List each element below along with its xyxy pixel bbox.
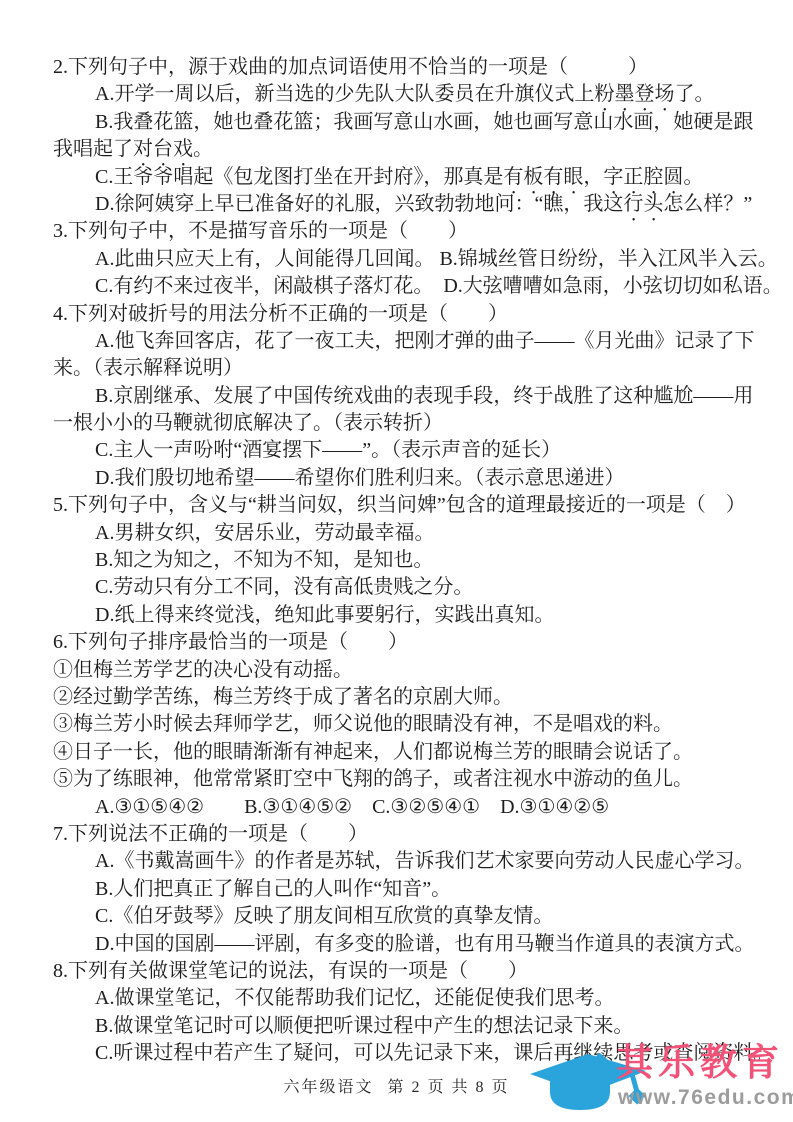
text-line: ④日子一长，他的眼睛渐渐有神起来，人们都说梅兰芳的眼睛会说话了。 xyxy=(53,739,793,766)
text-segment: C.劳动只有分工不同，没有高低贵贱之分。 xyxy=(95,576,473,598)
text-line: 4.下列对破折号的用法分析不正确的一项是（ ） xyxy=(53,301,793,328)
text-segment: 8.下列有关做课堂笔记的说法，有误的一项是（ ） xyxy=(53,960,528,982)
text-line: D.纸上得来终觉浅，绝知此事要躬行，实践出真知。 xyxy=(53,602,793,629)
text-segment: 6.下列句子排序最恰当的一项是（ ） xyxy=(53,631,408,653)
text-line: A.③①⑤④② B.③①④⑤② C.③②⑤④① D.③①④②⑤ xyxy=(53,794,793,821)
text-segment: D.徐阿姨穿上早已准备好的礼服，兴致勃勃地问：“瞧，我这 xyxy=(95,193,623,215)
page-footer: 六年级语文第 2 页 共 8 页 xyxy=(0,1074,793,1097)
text-segment: 来。（表示解释说明） xyxy=(53,357,243,379)
text-line: C.主人一声吩咐“酒宴摆下——”。（表示声音的延长） xyxy=(53,437,793,464)
text-line: 2.下列句子中，源于戏曲的加点词语使用不恰当的一项是（ ） xyxy=(53,54,793,81)
text-segment: D.我们殷切地希望——希望你们胜利归来。（表示意思递进） xyxy=(95,467,624,489)
text-segment: 一根小小的马鞭就彻底解决了。（表示转折） xyxy=(53,412,443,434)
text-line: 8.下列有关做课堂笔记的说法，有误的一项是（ ） xyxy=(53,958,793,985)
text-segment: 2.下列句子中，源于戏曲的加点词语使用不恰当的一项是（ ） xyxy=(53,56,648,78)
text-segment: 5.下列句子中，含义与“耕当问奴，织当问婢”包含的道理最接近的一项是（ ） xyxy=(53,494,746,516)
text-segment: ， xyxy=(583,166,603,188)
text-segment: C.王爷爷唱起《包龙图打坐在开封府》，那真是 xyxy=(95,166,503,188)
text-line: 来。（表示解释说明） xyxy=(53,355,793,382)
text-line: B.知之为知之，不知为不知，是知也。 xyxy=(53,547,793,574)
text-line: ①但梅兰芳学艺的决心没有动摇。 xyxy=(53,657,793,684)
text-line: ②经过勤学苦练，梅兰芳终于成了著名的京剧大师。 xyxy=(53,684,793,711)
text-line: 6.下列句子排序最恰当的一项是（ ） xyxy=(53,629,793,656)
text-line: A.《书戴嵩画牛》的作者是苏轼，告诉我们艺术家要向劳动人民虚心学习。 xyxy=(53,848,793,875)
text-segment: A.开学一周以后，新当选的少先队大队委员在升旗仪式上 xyxy=(95,83,594,105)
text-segment: C.主人一声吩咐“酒宴摆下——”。（表示声音的延长） xyxy=(95,439,561,461)
text-segment: B.知之为知之，不知为不知，是知也。 xyxy=(95,549,433,571)
text-segment: ④日子一长，他的眼睛渐渐有神起来，人们都说梅兰芳的眼睛会说话了。 xyxy=(53,741,693,763)
text-line: A.他飞奔回客店，花了一夜工夫，把刚才弹的曲子——《月光曲》记录了下 xyxy=(53,328,793,355)
text-line: A.男耕女织，安居乐业，劳动最幸福。 xyxy=(53,520,793,547)
text-segment: A.③①⑤④② B.③①④⑤② C.③②⑤④① D.③①④②⑤ xyxy=(95,796,609,818)
emphasized-word: 行头 xyxy=(623,193,663,215)
text-line: B.做课堂笔记时可以顺便把听课过程中产生的想法记录下来。 xyxy=(53,1013,793,1040)
text-line: D.中国的国剧——评剧，有多变的脸谱，也有用马鞭当作道具的表演方式。 xyxy=(53,931,793,958)
text-segment: ③梅兰芳小时候去拜师学艺，师父说他的眼睛没有神，不是唱戏的料。 xyxy=(53,713,673,735)
text-segment: A.《书戴嵩画牛》的作者是苏轼，告诉我们艺术家要向劳动人民虚心学习。 xyxy=(95,850,754,872)
text-segment: 3.下列句子中，不是描写音乐的一项是（ ） xyxy=(53,220,468,242)
text-line: 7.下列说法不正确的一项是（ ） xyxy=(53,821,793,848)
text-segment: B.我叠花篮，她也叠花篮；我画写意山水画，她也画写意山水画，她硬是跟 xyxy=(95,111,753,133)
text-segment: D.纸上得来终觉浅，绝知此事要躬行，实践出真知。 xyxy=(95,604,554,626)
text-segment: A.男耕女织，安居乐业，劳动最幸福。 xyxy=(95,522,434,544)
text-segment: ②经过勤学苦练，梅兰芳终于成了著名的京剧大师。 xyxy=(53,686,513,708)
exam-body: 2.下列句子中，源于戏曲的加点词语使用不恰当的一项是（ ）A.开学一周以后，新当… xyxy=(53,54,793,1067)
text-line: D.我们殷切地希望——希望你们胜利归来。（表示意思递进） xyxy=(53,465,793,492)
text-segment: ①但梅兰芳学艺的决心没有动摇。 xyxy=(53,659,353,681)
text-segment: 了。 xyxy=(674,83,714,105)
text-line: ③梅兰芳小时候去拜师学艺，师父说他的眼睛没有神，不是唱戏的料。 xyxy=(53,711,793,738)
text-segment: C.听课过程中若产生了疑问，可以先记录下来，课后再继续思考或查阅资料。 xyxy=(95,1042,773,1064)
text-segment: C.有约不来过夜半，闲敲棋子落灯花。 D.大弦嘈嘈如急雨，小弦切切如私语。 xyxy=(95,275,783,297)
text-segment: ⑤为了练眼神，他常常紧盯空中飞翔的鸽子，或者注视水中游动的鱼儿。 xyxy=(53,768,693,790)
text-segment: B.做课堂笔记时可以顺便把听课过程中产生的想法记录下来。 xyxy=(95,1015,633,1037)
text-line: A.开学一周以后，新当选的少先队大队委员在升旗仪式上粉墨登场了。 xyxy=(53,81,793,108)
emphasized-word: 对台戏 xyxy=(133,138,193,160)
text-line: A.做课堂笔记，不仅能帮助我们记忆，还能促使我们思考。 xyxy=(53,985,793,1012)
text-segment: C.《伯牙鼓琴》反映了朋友间相互欣赏的真挚友情。 xyxy=(95,905,553,927)
emphasized-word: 粉墨登场 xyxy=(594,83,674,105)
text-line: 一根小小的马鞭就彻底解决了。（表示转折） xyxy=(53,410,793,437)
text-line: B.我叠花篮，她也叠花篮；我画写意山水画，她也画写意山水画，她硬是跟 xyxy=(53,109,793,136)
text-line: 3.下列句子中，不是描写音乐的一项是（ ） xyxy=(53,218,793,245)
text-line: C.王爷爷唱起《包龙图打坐在开封府》，那真是有板有眼，字正腔圆。 xyxy=(53,164,793,191)
text-line: C.听课过程中若产生了疑问，可以先记录下来，课后再继续思考或查阅资料。 xyxy=(53,1040,793,1067)
text-segment: 。 xyxy=(193,138,213,160)
text-segment: B.京剧继承、发展了中国传统戏曲的表现手段，终于战胜了这种尴尬——用 xyxy=(95,385,753,407)
footer-course: 六年级语文 xyxy=(283,1079,373,1096)
text-line: B.人们把真正了解自己的人叫作“知音”。 xyxy=(53,876,793,903)
text-segment: A.做课堂笔记，不仅能帮助我们记忆，还能促使我们思考。 xyxy=(95,987,614,1009)
text-line: 我唱起了对台戏。 xyxy=(53,136,793,163)
text-segment: 7.下列说法不正确的一项是（ ） xyxy=(53,823,368,845)
text-line: D.徐阿姨穿上早已准备好的礼服，兴致勃勃地问：“瞧，我这行头怎么样？” xyxy=(53,191,793,218)
text-segment: 。 xyxy=(683,166,703,188)
emphasized-word: 字正腔圆 xyxy=(603,166,683,188)
text-segment: 我唱起了 xyxy=(53,138,133,160)
text-line: C.《伯牙鼓琴》反映了朋友间相互欣赏的真挚友情。 xyxy=(53,903,793,930)
text-line: A.此曲只应天上有，人间能得几回闻。 B.锦城丝管日纷纷，半入江风半入云。 xyxy=(53,246,793,273)
text-line: 5.下列句子中，含义与“耕当问奴，织当问婢”包含的道理最接近的一项是（ ） xyxy=(53,492,793,519)
text-line: C.有约不来过夜半，闲敲棋子落灯花。 D.大弦嘈嘈如急雨，小弦切切如私语。 xyxy=(53,273,793,300)
text-segment: 4.下列对破折号的用法分析不正确的一项是（ ） xyxy=(53,303,508,325)
text-segment: B.人们把真正了解自己的人叫作“知音”。 xyxy=(95,878,451,900)
text-segment: A.他飞奔回客店，花了一夜工夫，把刚才弹的曲子——《月光曲》记录了下 xyxy=(95,330,754,352)
text-segment: A.此曲只应天上有，人间能得几回闻。 B.锦城丝管日纷纷，半入江风半入云。 xyxy=(95,248,778,270)
text-line: ⑤为了练眼神，他常常紧盯空中飞翔的鸽子，或者注视水中游动的鱼儿。 xyxy=(53,766,793,793)
text-line: C.劳动只有分工不同，没有高低贵贱之分。 xyxy=(53,574,793,601)
footer-page-info: 第 2 页 共 8 页 xyxy=(388,1079,510,1096)
text-segment: 怎么样？” xyxy=(663,193,752,215)
text-segment: D.中国的国剧——评剧，有多变的脸谱，也有用马鞭当作道具的表演方式。 xyxy=(95,933,754,955)
emphasized-word: 有板有眼 xyxy=(503,166,583,188)
text-line: B.京剧继承、发展了中国传统戏曲的表现手段，终于战胜了这种尴尬——用 xyxy=(53,383,793,410)
